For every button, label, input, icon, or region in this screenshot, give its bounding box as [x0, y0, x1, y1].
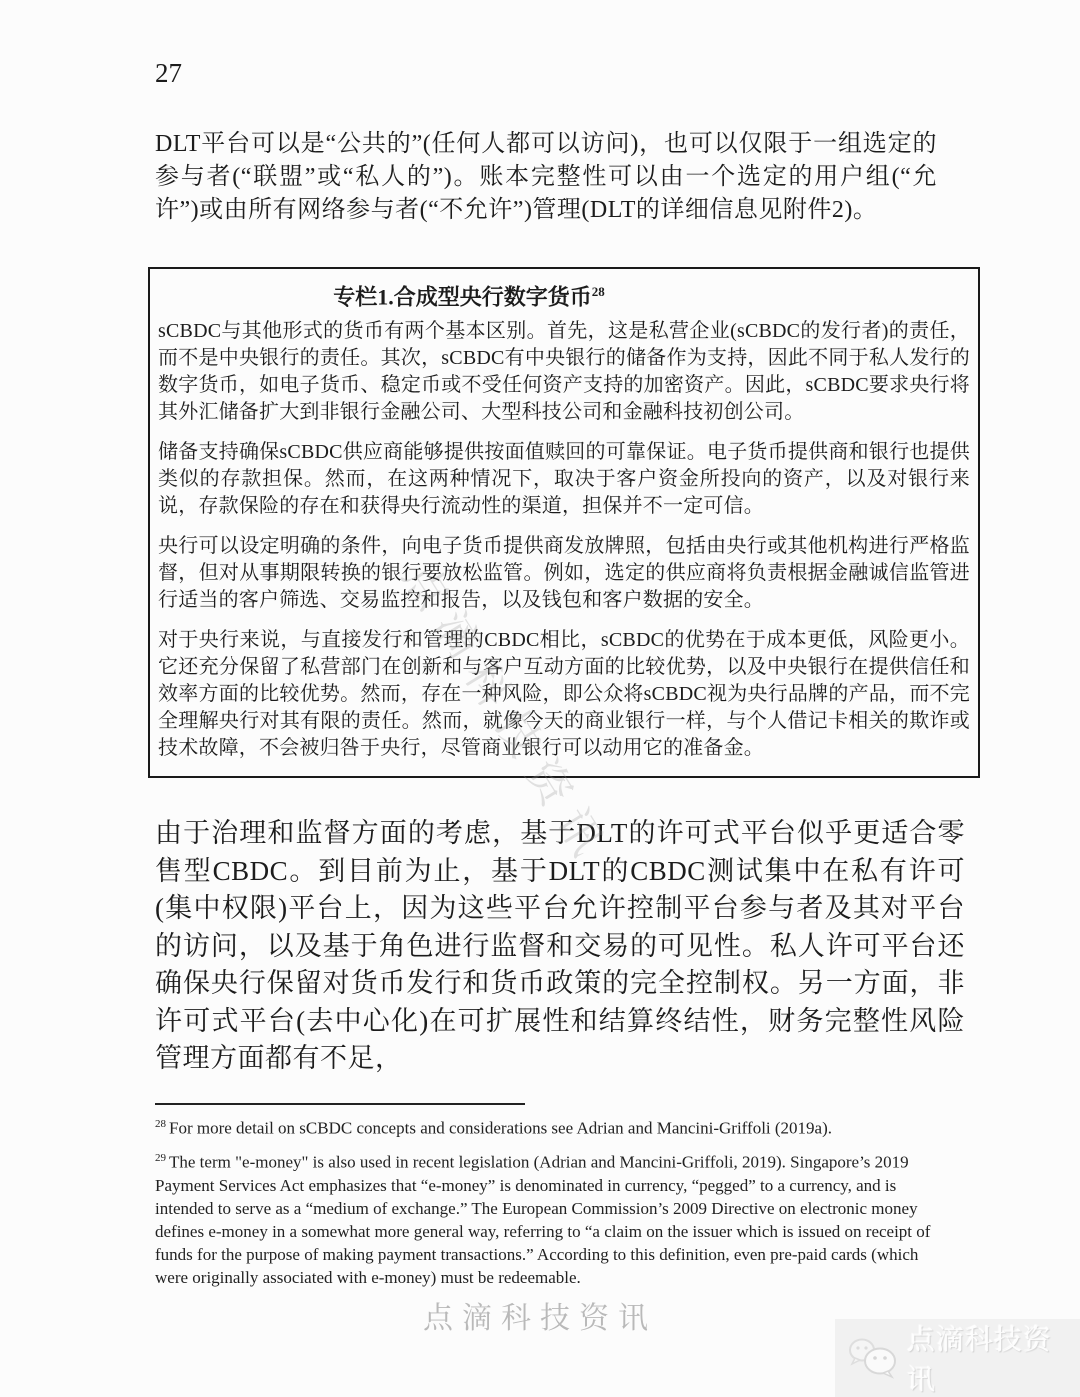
box-title-footnote-ref: 28 — [592, 284, 605, 299]
box-paragraph-4: 对于央行来说，与直接发行和管理的CBDC相比，sCBDC的优势在于成本更低，风险… — [158, 627, 970, 762]
footnote-29-marker: 29 — [155, 1152, 166, 1164]
box-paragraph-1: sCBDC与其他形式的货币有两个基本区别。首先，这是私营企业(sCBDC的发行者… — [158, 318, 970, 426]
box-title-text: 专栏1.合成型央行数字货币 — [333, 284, 592, 309]
wechat-icon — [847, 1335, 899, 1381]
footnote-28-text: For more detail on sCBDC concepts and co… — [169, 1119, 832, 1138]
box-scbdc: 专栏1.合成型央行数字货币28 sCBDC与其他形式的货币有两个基本区别。首先，… — [148, 267, 980, 778]
footnote-29-text: The term "e-money" is also used in recen… — [155, 1153, 930, 1287]
brand-logo-text: 点滴科技资讯 — [907, 1318, 1080, 1397]
brand-footer: 点滴科技资讯 — [835, 1319, 1080, 1397]
page-number: 27 — [155, 58, 182, 89]
intro-paragraph: DLT平台可以是“公共的”(任何人都可以访问)，也可以仅限于一组选定的参与者(“… — [155, 128, 937, 227]
box-paragraph-3: 央行可以设定明确的条件，向电子货币提供商发放牌照，包括由央行或其他机构进行严格监… — [158, 533, 970, 614]
box-paragraph-2: 储备支持确保sCBDC供应商能够提供按面值赎回的可靠保证。电子货币提供商和银行也… — [158, 439, 970, 520]
footnote-28: 28For more detail on sCBDC concepts and … — [155, 1113, 955, 1140]
footnote-divider — [155, 1103, 525, 1105]
footnote-29: 29The term "e-money" is also used in rec… — [155, 1147, 955, 1289]
body-paragraph: 由于治理和监督方面的考虑，基于DLT的许可式平台似乎更适合零售型CBDC。到目前… — [155, 815, 965, 1078]
box-title: 专栏1.合成型央行数字货币28 — [63, 277, 875, 312]
footnote-28-marker: 28 — [155, 1118, 166, 1130]
